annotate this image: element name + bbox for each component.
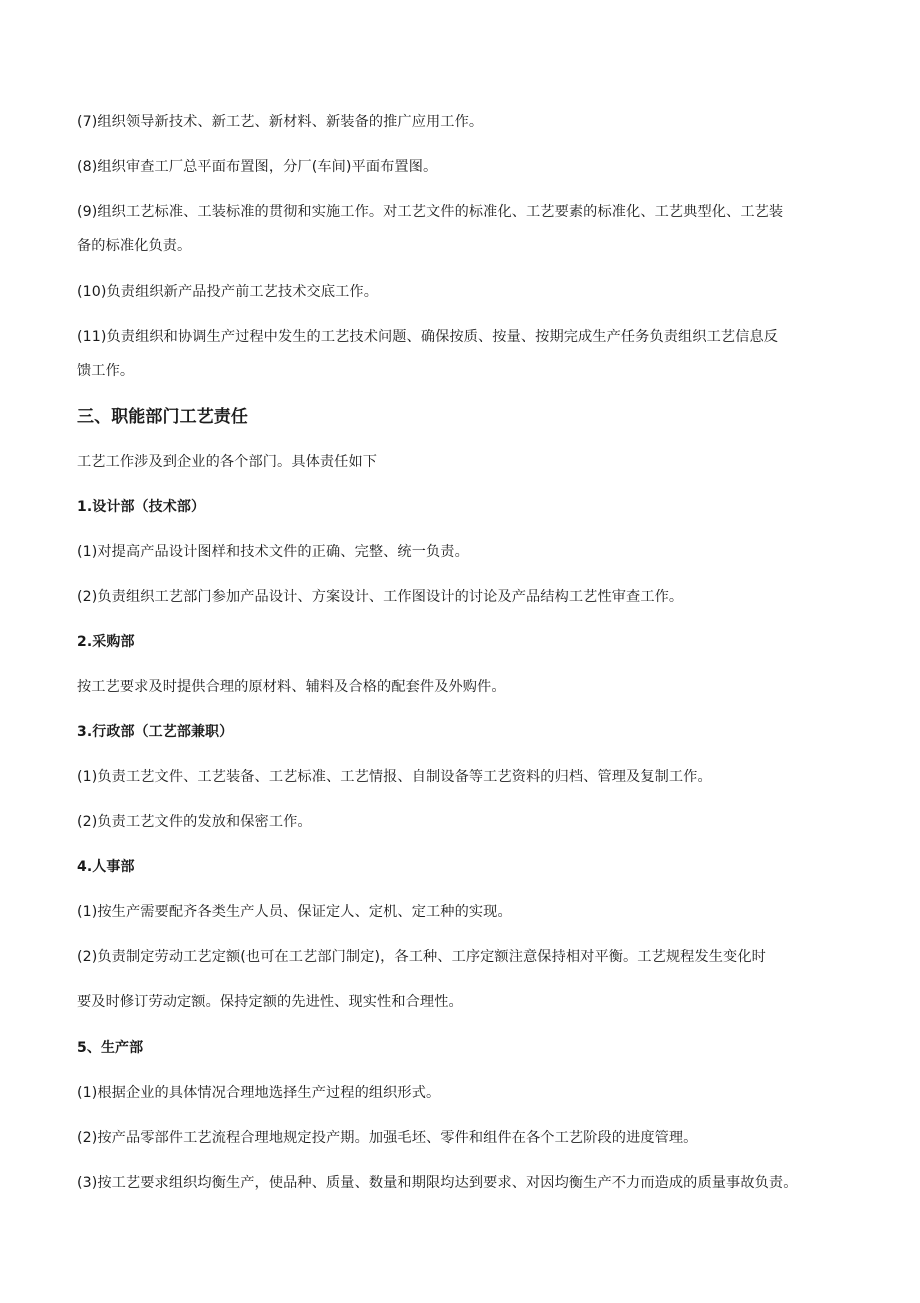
section-intro: 工艺工作涉及到企业的各个部门。具体责任如下 [77, 452, 377, 472]
dept-item: (1)根据企业的具体情况合理地选择生产过程的组织形式。 [77, 1083, 440, 1103]
dept-item: (1)负责工艺文件、工艺装备、工艺标准、工艺情报、自制设备等工艺资料的归档、管理… [77, 767, 712, 787]
dept-item: (2)负责组织工艺部门参加产品设计、方案设计、工作图设计的讨论及产品结构工艺性审… [77, 587, 683, 607]
dept-title-design: 1.设计部（技术部） [77, 497, 205, 517]
list-item-11-line2: 馈工作。 [77, 361, 134, 381]
dept-title-hr: 4.人事部 [77, 857, 135, 877]
list-item-9-line2: 备的标准化负责。 [77, 236, 191, 256]
dept-title-production: 5、生产部 [77, 1038, 143, 1058]
dept-item: (2)负责制定劳动工艺定额(也可在工艺部门制定)，各工种、工序定额注意保持相对平… [77, 947, 766, 967]
list-item-8: (8)组织审查工厂总平面布置图，分厂(车间)平面布置图。 [77, 157, 437, 177]
dept-item: 按工艺要求及时提供合理的原材料、辅料及合格的配套件及外购件。 [77, 677, 506, 697]
dept-item: 要及时修订劳动定额。保持定额的先进性、现实性和合理性。 [77, 992, 463, 1012]
dept-item: (1)对提高产品设计图样和技术文件的正确、完整、统一负责。 [77, 542, 469, 562]
dept-item: (2)负责工艺文件的发放和保密工作。 [77, 812, 312, 832]
list-item-10: (10)负责组织新产品投产前工艺技术交底工作。 [77, 282, 378, 302]
dept-title-purchasing: 2.采购部 [77, 632, 135, 652]
section-heading: 三、职能部门工艺责任 [77, 405, 248, 429]
dept-item: (2)按产品零部件工艺流程合理地规定投产期。加强毛坯、零件和组件在各个工艺阶段的… [77, 1128, 697, 1148]
document-page: (7)组织领导新技术、新工艺、新材料、新装备的推广应用工作。 (8)组织审查工厂… [0, 0, 920, 1303]
dept-item: (3)按工艺要求组织均衡生产，使品种、质量、数量和期限均达到要求、对因均衡生产不… [77, 1173, 798, 1193]
dept-item: (1)按生产需要配齐各类生产人员、保证定人、定机、定工种的实现。 [77, 902, 512, 922]
list-item-7: (7)组织领导新技术、新工艺、新材料、新装备的推广应用工作。 [77, 112, 483, 132]
list-item-11-line1: (11)负责组织和协调生产过程中发生的工艺技术问题、确保按质、按量、按期完成生产… [77, 327, 778, 347]
list-item-9-line1: (9)组织工艺标准、工装标准的贯彻和实施工作。对工艺文件的标准化、工艺要素的标准… [77, 202, 783, 222]
dept-title-admin: 3.行政部（工艺部兼职） [77, 722, 233, 742]
